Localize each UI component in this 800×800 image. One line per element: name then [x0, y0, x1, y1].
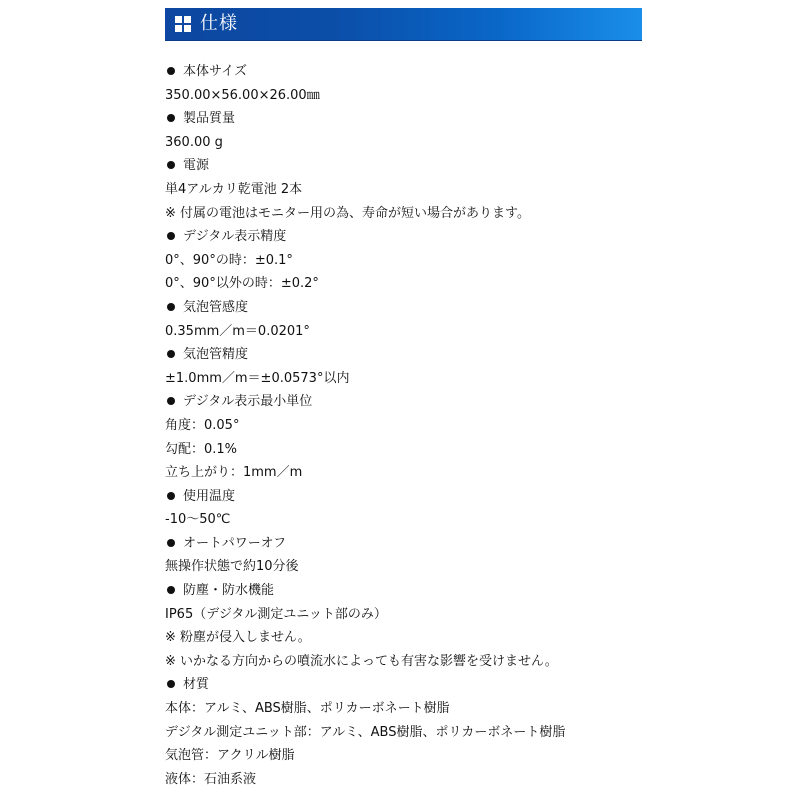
- spec-heading-label: 気泡管感度: [183, 300, 248, 315]
- spec-heading: 気泡管精度: [165, 343, 645, 367]
- spec-note: ※ 粉塵が侵入しません。: [165, 626, 645, 650]
- spec-heading-label: 使用温度: [183, 489, 235, 504]
- spec-value: 角度：0.05°: [165, 414, 645, 438]
- spec-note: ※ 付属の電池はモニター用の為、寿命が短い場合があります。: [165, 202, 645, 226]
- spec-heading-label: 材質: [183, 677, 209, 692]
- bullet-icon: [167, 350, 175, 358]
- spec-heading: 製品質量: [165, 107, 645, 131]
- spec-heading-label: デジタル表示精度: [183, 229, 286, 244]
- spec-section-header: 仕様: [165, 8, 642, 41]
- spec-heading: 防塵・防水機能: [165, 579, 645, 603]
- spec-list: 本体サイズ 350.00×56.00×26.00㎜ 製品質量 360.00 g …: [165, 60, 645, 791]
- spec-note: ※ いかなる方向からの噴流水によっても有害な影響を受けません。: [165, 650, 645, 674]
- spec-heading: デジタル表示精度: [165, 225, 645, 249]
- spec-value: 無操作状態で約10分後: [165, 555, 645, 579]
- spec-value: 0°、90°の時：±0.1°: [165, 249, 645, 273]
- bullet-icon: [167, 114, 175, 122]
- spec-value: 液体：石油系液: [165, 768, 645, 792]
- spec-value: デジタル測定ユニット部：アルミ、ABS樹脂、ポリカーボネート樹脂: [165, 721, 645, 745]
- spec-value: 0°、90°以外の時：±0.2°: [165, 272, 645, 296]
- spec-value: 360.00 g: [165, 131, 645, 155]
- bullet-icon: [167, 397, 175, 405]
- spec-value: 350.00×56.00×26.00㎜: [165, 84, 645, 108]
- spec-heading-label: 防塵・防水機能: [183, 583, 274, 598]
- spec-heading: 使用温度: [165, 485, 645, 509]
- spec-heading: 材質: [165, 673, 645, 697]
- spec-value: 気泡管：アクリル樹脂: [165, 744, 645, 768]
- spec-heading: 気泡管感度: [165, 296, 645, 320]
- spec-value: ±1.0mm／m＝±0.0573°以内: [165, 367, 645, 391]
- bullet-icon: [167, 67, 175, 75]
- bullet-icon: [167, 539, 175, 547]
- spec-heading-label: デジタル表示最小単位: [183, 394, 312, 409]
- spec-heading: オートパワーオフ: [165, 532, 645, 556]
- bullet-icon: [167, 232, 175, 240]
- spec-heading: 本体サイズ: [165, 60, 645, 84]
- spec-value: 単4アルカリ乾電池 2本: [165, 178, 645, 202]
- spec-value: -10～50℃: [165, 508, 645, 532]
- spec-value: 本体：アルミ、ABS樹脂、ポリカーボネート樹脂: [165, 697, 645, 721]
- spec-heading-label: 気泡管精度: [183, 347, 248, 362]
- spec-heading-label: オートパワーオフ: [183, 536, 286, 551]
- bullet-icon: [167, 586, 175, 594]
- grid-icon: [175, 16, 191, 32]
- bullet-icon: [167, 680, 175, 688]
- spec-heading-label: 本体サイズ: [183, 64, 247, 79]
- spec-heading-label: 製品質量: [183, 111, 235, 126]
- spec-value: 勾配：0.1%: [165, 438, 645, 462]
- bullet-icon: [167, 492, 175, 500]
- bullet-icon: [167, 161, 175, 169]
- spec-heading: 電源: [165, 154, 645, 178]
- spec-heading: デジタル表示最小単位: [165, 390, 645, 414]
- spec-value: IP65（デジタル測定ユニット部のみ）: [165, 603, 645, 627]
- section-title: 仕様: [200, 15, 238, 33]
- spec-heading-label: 電源: [183, 158, 209, 173]
- bullet-icon: [167, 303, 175, 311]
- spec-value: 0.35mm／m＝0.0201°: [165, 320, 645, 344]
- spec-value: 立ち上がり：1mm／m: [165, 461, 645, 485]
